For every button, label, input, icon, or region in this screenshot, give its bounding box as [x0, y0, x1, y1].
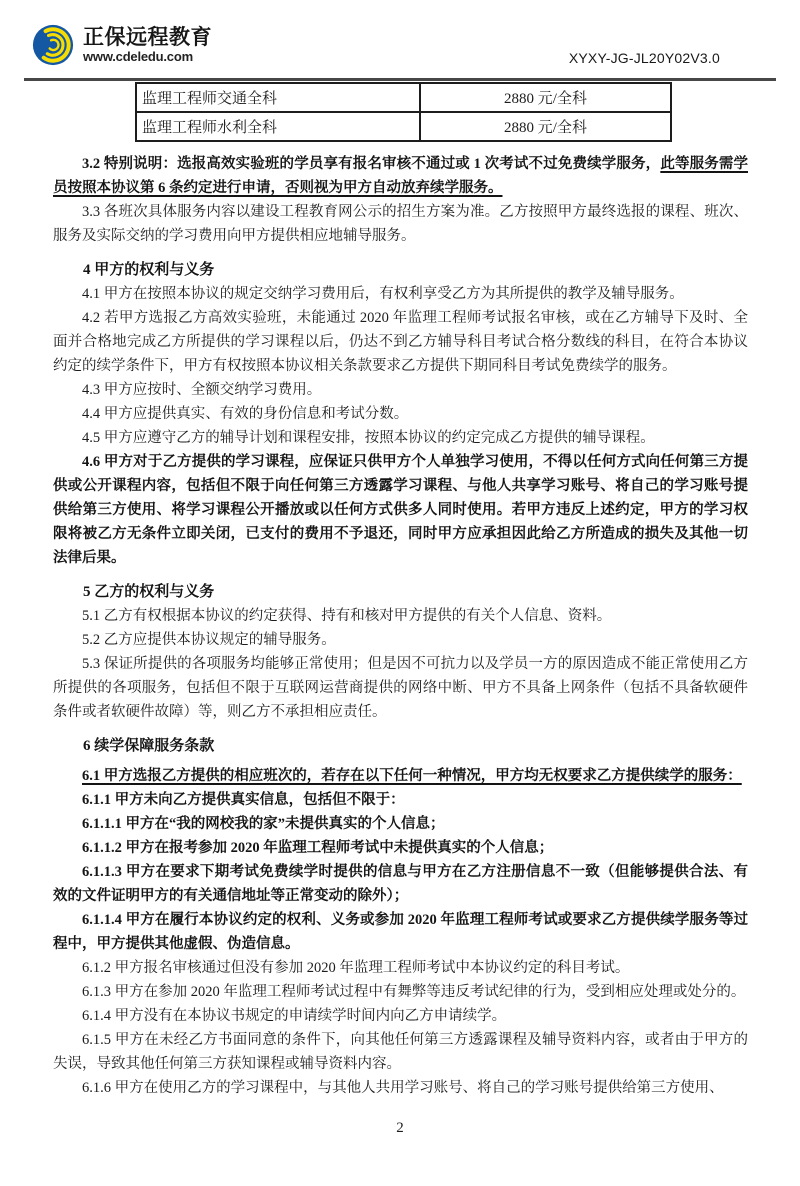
clause-6-1-5: 6.1.5 甲方在未经乙方书面同意的条件下，向其他任何第三方透露课程及辅导资料内… — [53, 1028, 748, 1076]
clause-4-4: 4.4 甲方应提供真实、有效的身份信息和考试分数。 — [53, 402, 748, 426]
brand-text: 正保远程教育 www.cdeledu.com — [83, 26, 212, 64]
page-number: 2 — [0, 1120, 800, 1137]
price-table: 监理工程师交通全科 2880 元/全科 监理工程师水利全科 2880 元/全科 — [135, 82, 672, 142]
clause-6-1-3: 6.1.3 甲方在参加 2020 年监理工程师考试过程中有舞弊等违反考试纪律的行… — [53, 980, 748, 1004]
brand-logo-icon — [32, 24, 74, 66]
clause-3-2-text: 3.2 特别说明：选报高效实验班的学员享有报名审核不通过或 1 次考试不过免费续… — [82, 156, 660, 172]
clause-6-1-2: 6.1.2 甲方报名审核通过但没有参加 2020 年监理工程师考试中本协议约定的… — [53, 956, 748, 980]
clause-5-1: 5.1 乙方有权根据本协议的约定获得、持有和核对甲方提供的有关个人信息、资料。 — [53, 604, 748, 628]
clause-6-1-1-2: 6.1.1.2 甲方在报考参加 2020 年监理工程师考试中未提供真实的个人信息… — [53, 836, 748, 860]
clause-4-3: 4.3 甲方应按时、全额交纳学习费用。 — [53, 378, 748, 402]
clause-5-3: 5.3 保证所提供的各项服务均能够正常使用；但是因不可抗力以及学员一方的原因造成… — [53, 652, 748, 724]
clause-6-1-6: 6.1.6 甲方在使用乙方的学习课程中，与其他人共用学习账号、将自己的学习账号提… — [53, 1076, 748, 1100]
header: 正保远程教育 www.cdeledu.com XYXY-JG-JL20Y02V3… — [0, 0, 800, 68]
section-4-heading: 4 甲方的权利与义务 — [53, 258, 748, 282]
clause-6-1-1: 6.1.1 甲方未向乙方提供真实信息，包括但不限于： — [53, 788, 748, 812]
section-5-heading: 5 乙方的权利与义务 — [53, 580, 748, 604]
header-divider — [24, 78, 776, 81]
clause-6-1-1-3: 6.1.1.3 甲方在要求下期考试免费续学时提供的信息与甲方在乙方注册信息不一致… — [53, 860, 748, 908]
clause-4-6: 4.6 甲方对于乙方提供的学习课程，应保证只供甲方个人单独学习使用，不得以任何方… — [53, 450, 748, 570]
clause-3-3: 3.3 各班次具体服务内容以建设工程教育网公示的招生方案为准。乙方按照甲方最终选… — [53, 200, 748, 248]
contract-body: 3.2 特别说明：选报高效实验班的学员享有报名审核不通过或 1 次考试不过免费续… — [53, 152, 748, 1100]
brand-url: www.cdeledu.com — [83, 49, 212, 64]
section-6-heading: 6 续学保障服务条款 — [53, 734, 748, 758]
clause-3-2: 3.2 特别说明：选报高效实验班的学员享有报名审核不通过或 1 次考试不过免费续… — [53, 152, 748, 200]
clause-6-1-4: 6.1.4 甲方没有在本协议书规定的申请续学时间内向乙方申请续学。 — [53, 1004, 748, 1028]
course-name-cell: 监理工程师交通全科 — [136, 83, 420, 112]
clause-6-1-1-1: 6.1.1.1 甲方在“我的网校我的家”未提供真实的个人信息； — [53, 812, 748, 836]
course-price-cell: 2880 元/全科 — [420, 112, 671, 141]
table-row: 监理工程师交通全科 2880 元/全科 — [136, 83, 671, 112]
clause-6-1: 6.1 甲方选报乙方提供的相应班次的，若存在以下任何一种情况，甲方均无权要求乙方… — [53, 764, 748, 788]
clause-4-2: 4.2 若甲方选报乙方高效实验班，未能通过 2020 年监理工程师考试报名审核，… — [53, 306, 748, 378]
document-page: 正保远程教育 www.cdeledu.com XYXY-JG-JL20Y02V3… — [0, 0, 800, 1186]
clause-4-5: 4.5 甲方应遵守乙方的辅导计划和课程安排，按照本协议的约定完成乙方提供的辅导课… — [53, 426, 748, 450]
clause-6-1-underlined-text: 6.1 甲方选报乙方提供的相应班次的，若存在以下任何一种情况，甲方均无权要求乙方… — [82, 768, 742, 784]
clause-4-1: 4.1 甲方在按照本协议的规定交纳学习费用后，有权利享受乙方为其所提供的教学及辅… — [53, 282, 748, 306]
doc-code: XYXY-JG-JL20Y02V3.0 — [569, 50, 720, 66]
clause-6-1-1-4: 6.1.1.4 甲方在履行本协议约定的权利、义务或参加 2020 年监理工程师考… — [53, 908, 748, 956]
brand-name: 正保远程教育 — [83, 26, 212, 49]
course-price-cell: 2880 元/全科 — [420, 83, 671, 112]
course-name-cell: 监理工程师水利全科 — [136, 112, 420, 141]
table-row: 监理工程师水利全科 2880 元/全科 — [136, 112, 671, 141]
clause-5-2: 5.2 乙方应提供本协议规定的辅导服务。 — [53, 628, 748, 652]
